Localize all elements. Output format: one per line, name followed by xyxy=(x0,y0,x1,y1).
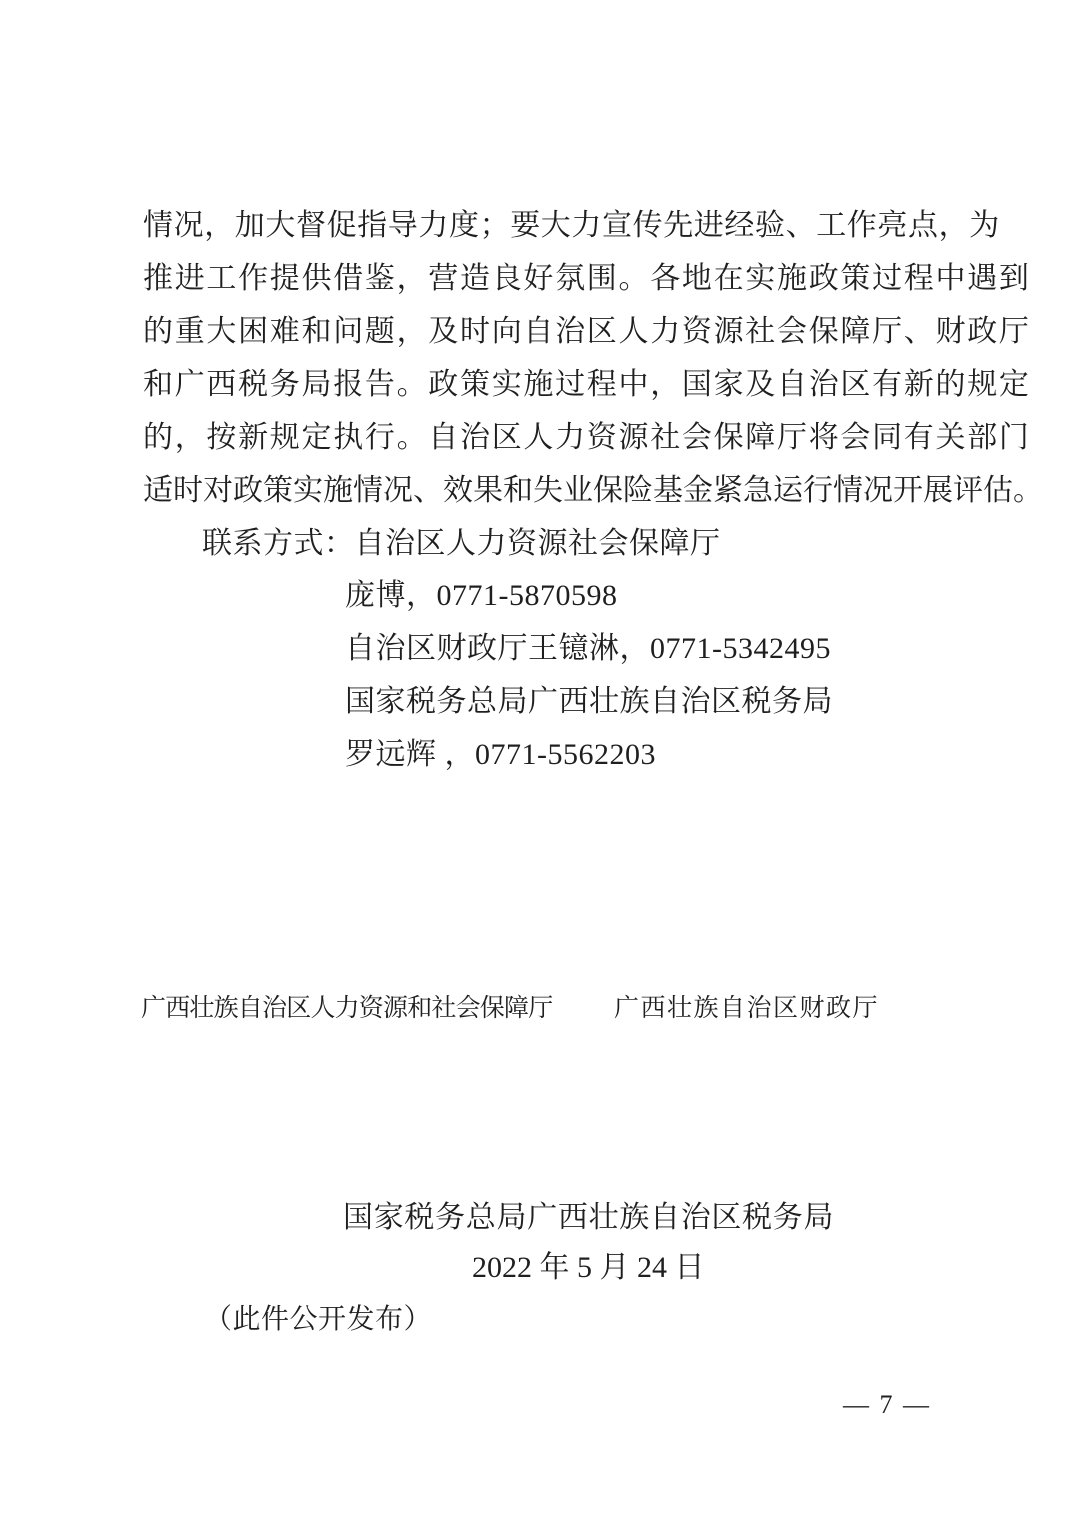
body-paragraph: 情况，加大督促指导力度；要大力宣传先进经验、工作亮点，为 推进工作提供借鉴，营造… xyxy=(143,199,1000,517)
contact-agency: 自治区人力资源社会保障厅 xyxy=(355,527,721,560)
body-line: 的重大困难和问题，及时向自治区人力资源社会保障厅、财政厅 xyxy=(143,305,1000,358)
contact-details: 庞博，0771-5870598 自治区财政厅王镱淋，0771-5342495 国… xyxy=(345,569,1005,781)
contact-detail: 自治区财政厅王镱淋，0771-5342495 xyxy=(345,622,1005,675)
signature-date: 2022 年 5 月 24 日 xyxy=(472,1251,705,1285)
contact-info-line: 联系方式：自治区人力资源社会保障厅 xyxy=(202,517,721,570)
signature-org-finance: 广西壮族自治区财政厅 xyxy=(614,992,879,1026)
signature-row: 广西壮族自治区人力资源和社会保障厅 广西壮族自治区财政厅 xyxy=(0,992,1074,1026)
signature-org-tax: 国家税务总局广西壮族自治区税务局 xyxy=(343,1201,834,1235)
body-line: 适时对政策实施情况、效果和失业保险基金紧急运行情况开展评估。 xyxy=(143,464,1000,517)
body-line: 推进工作提供借鉴，营造良好氛围。各地在实施政策过程中遇到 xyxy=(143,252,1000,305)
signature-org-hrss: 广西壮族自治区人力资源和社会保障厅 xyxy=(141,992,552,1026)
page-number: — 7 — xyxy=(843,1390,931,1420)
publish-note: （此件公开发布） xyxy=(204,1303,432,1337)
document-page: 情况，加大督促指导力度；要大力宣传先进经验、工作亮点，为 推进工作提供借鉴，营造… xyxy=(0,0,1074,1520)
contact-detail: 庞博，0771-5870598 xyxy=(345,569,1005,622)
body-line: 情况，加大督促指导力度；要大力宣传先进经验、工作亮点，为 xyxy=(143,199,1000,252)
contact-label: 联系方式： xyxy=(202,527,355,560)
body-line: 和广西税务局报告。政策实施过程中，国家及自治区有新的规定 xyxy=(143,358,1000,411)
contact-detail: 国家税务总局广西壮族自治区税务局 xyxy=(345,675,1005,728)
contact-detail: 罗远辉 ，0771-5562203 xyxy=(345,728,1005,781)
body-line: 的，按新规定执行。自治区人力资源社会保障厅将会同有关部门 xyxy=(143,411,1000,464)
